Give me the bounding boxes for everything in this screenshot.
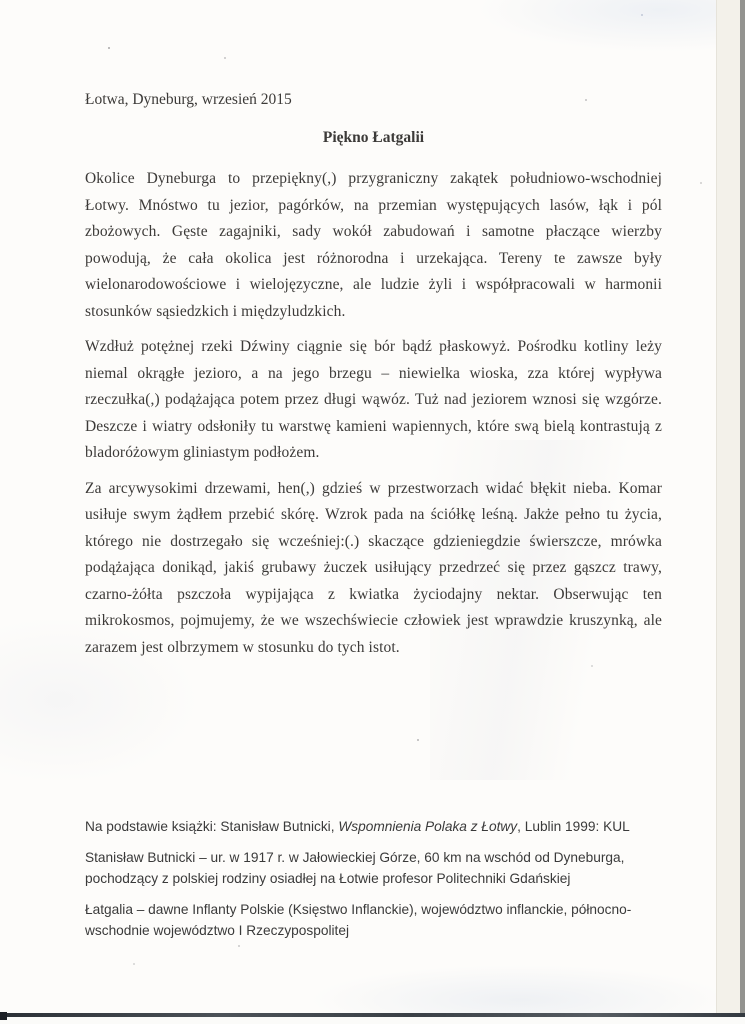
- footnotes-section: Na podstawie książki: Stanisław Butnicki…: [85, 816, 665, 951]
- source-note-prefix: Na podstawie książki: Stanisław Butnicki…: [85, 819, 338, 834]
- region-note: Łatgalia – dawne Inflanty Polskie (Księs…: [85, 899, 665, 941]
- body-paragraph-2: Wzdłuż potężnej rzeki Dźwiny ciągnie się…: [85, 334, 662, 467]
- author-note: Stanisław Butnicki – ur. w 1917 r. w Jał…: [85, 847, 665, 889]
- book-title: Wspomnienia Polaka z Łotwy: [338, 819, 517, 834]
- body-paragraph-3: Za arcywysokimi drzewami, hen(,) gdzieś …: [85, 476, 662, 662]
- scanned-page: Łotwa, Dyneburg, wrzesień 2015 Piękno Ła…: [0, 0, 745, 1024]
- source-note: Na podstawie książki: Stanisław Butnicki…: [85, 816, 665, 837]
- scan-edge-right: [740, 0, 745, 1024]
- scan-specks: [0, 0, 2, 2]
- scan-page-edge-strip: [716, 0, 741, 1024]
- page-title: Piękno Łatgalii: [85, 126, 662, 150]
- scan-corner-mark: [0, 1012, 7, 1020]
- source-note-suffix: , Lublin 1999: KUL: [517, 819, 630, 834]
- scan-background-below-page: [0, 1017, 745, 1024]
- body-paragraph-1: Okolice Dyneburga to przepiękny(,) przyg…: [85, 166, 662, 325]
- scan-edge-bottom: [0, 1013, 745, 1017]
- document-content: Łotwa, Dyneburg, wrzesień 2015 Piękno Ła…: [85, 0, 662, 670]
- dateline: Łotwa, Dyneburg, wrzesień 2015: [85, 88, 662, 112]
